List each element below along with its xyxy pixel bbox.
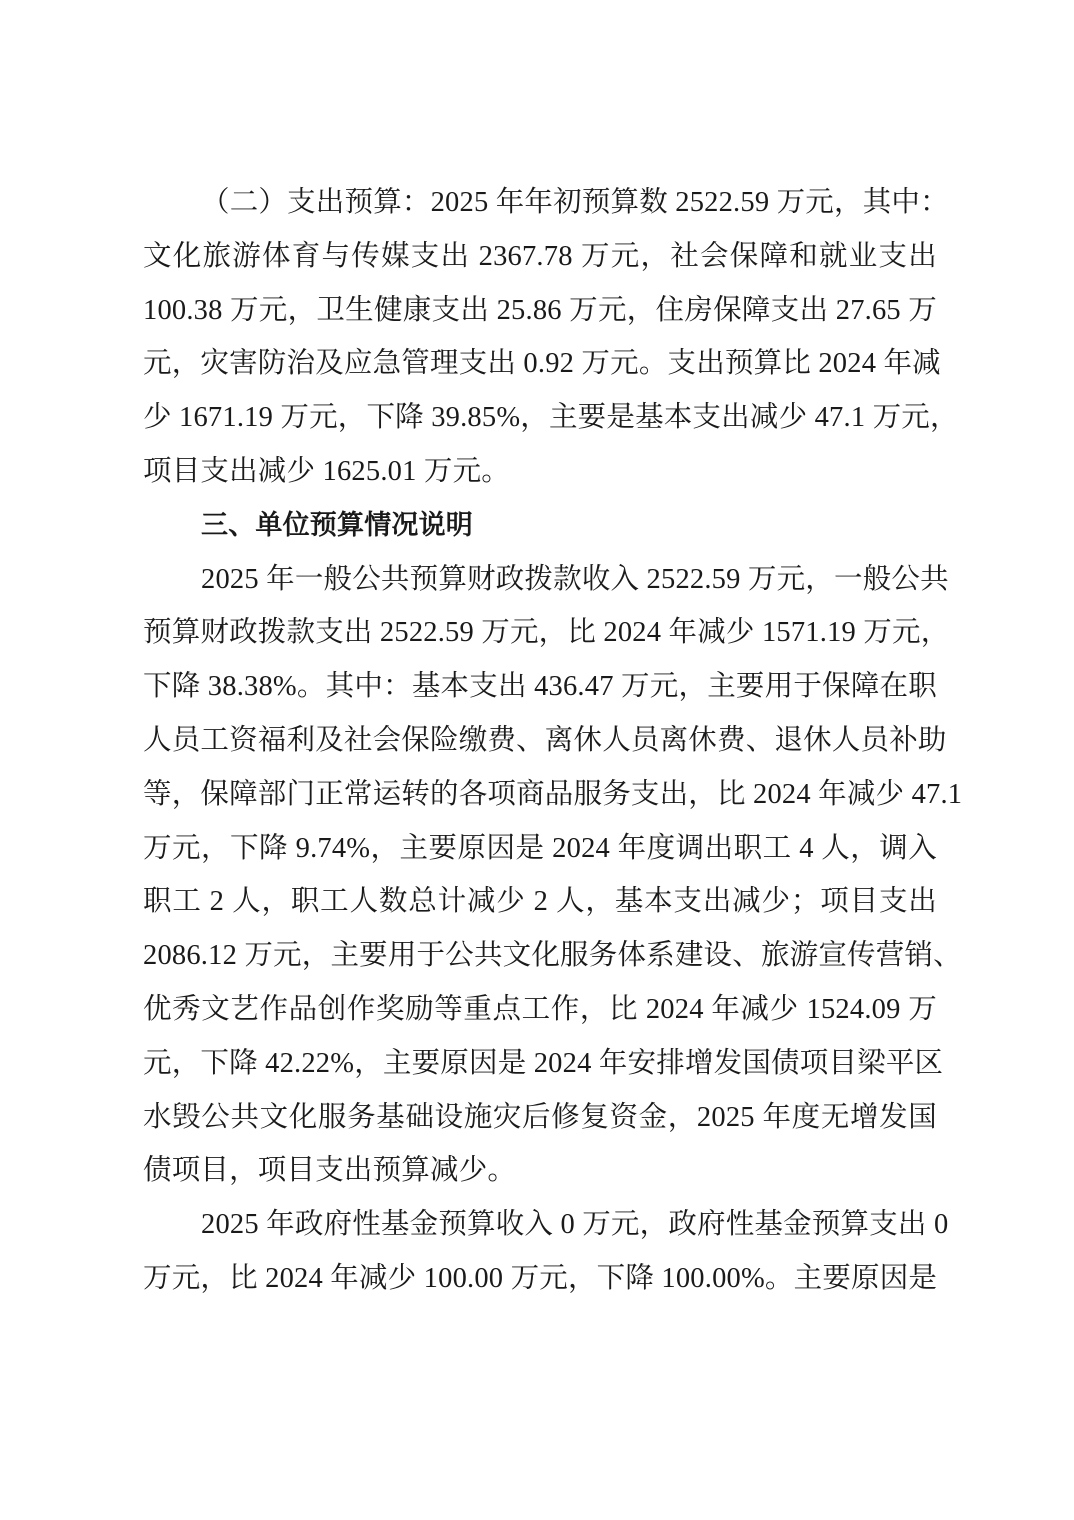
text-line: 2025 年一般公共预算财政拨款收入 2522.59 万元，一般公共: [143, 553, 937, 607]
heading-unit-budget-explanation: 三、单位预算情况说明: [143, 499, 937, 553]
text-line: （二）支出预算：2025 年年初预算数 2522.59 万元，其中：: [143, 176, 937, 230]
paragraph-expenditure-budget: （二）支出预算：2025 年年初预算数 2522.59 万元，其中： 文化旅游体…: [143, 176, 937, 499]
text-line: 少 1671.19 万元，下降 39.85%，主要是基本支出减少 47.1 万元…: [143, 391, 937, 445]
text-line: 优秀文艺作品创作奖励等重点工作，比 2024 年减少 1524.09 万: [143, 983, 937, 1037]
text-line: 项目支出减少 1625.01 万元。: [143, 445, 937, 499]
document-page: （二）支出预算：2025 年年初预算数 2522.59 万元，其中： 文化旅游体…: [143, 176, 937, 1306]
text-line: 文化旅游体育与传媒支出 2367.78 万元，社会保障和就业支出: [143, 230, 937, 284]
text-line: 2086.12 万元，主要用于公共文化服务体系建设、旅游宣传营销、: [143, 929, 937, 983]
text-line: 万元，比 2024 年减少 100.00 万元，下降 100.00%。主要原因是: [143, 1252, 937, 1306]
text-line: 水毁公共文化服务基础设施灾后修复资金，2025 年度无增发国: [143, 1091, 937, 1145]
text-line: 元，下降 42.22%，主要原因是 2024 年安排增发国债项目梁平区: [143, 1037, 937, 1091]
text-line: 2025 年政府性基金预算收入 0 万元，政府性基金预算支出 0: [143, 1198, 937, 1252]
text-line: 人员工资福利及社会保险缴费、离休人员离休费、退休人员补助: [143, 714, 937, 768]
text-line: 职工 2 人，职工人数总计减少 2 人，基本支出减少；项目支出: [143, 875, 937, 929]
text-line: 债项目，项目支出预算减少。: [143, 1144, 937, 1198]
paragraph-government-fund-budget: 2025 年政府性基金预算收入 0 万元，政府性基金预算支出 0 万元，比 20…: [143, 1198, 937, 1306]
text-line: 100.38 万元，卫生健康支出 25.86 万元，住房保障支出 27.65 万: [143, 284, 937, 338]
text-line: 预算财政拨款支出 2522.59 万元，比 2024 年减少 1571.19 万…: [143, 606, 937, 660]
paragraph-general-public-budget: 2025 年一般公共预算财政拨款收入 2522.59 万元，一般公共 预算财政拨…: [143, 553, 937, 1199]
text-line: 万元，下降 9.74%，主要原因是 2024 年度调出职工 4 人，调入: [143, 822, 937, 876]
text-line: 等，保障部门正常运转的各项商品服务支出，比 2024 年减少 47.1: [143, 768, 937, 822]
text-line: 元，灾害防治及应急管理支出 0.92 万元。支出预算比 2024 年减: [143, 337, 937, 391]
text-line: 下降 38.38%。其中：基本支出 436.47 万元，主要用于保障在职: [143, 660, 937, 714]
section-heading: 三、单位预算情况说明: [143, 499, 937, 553]
